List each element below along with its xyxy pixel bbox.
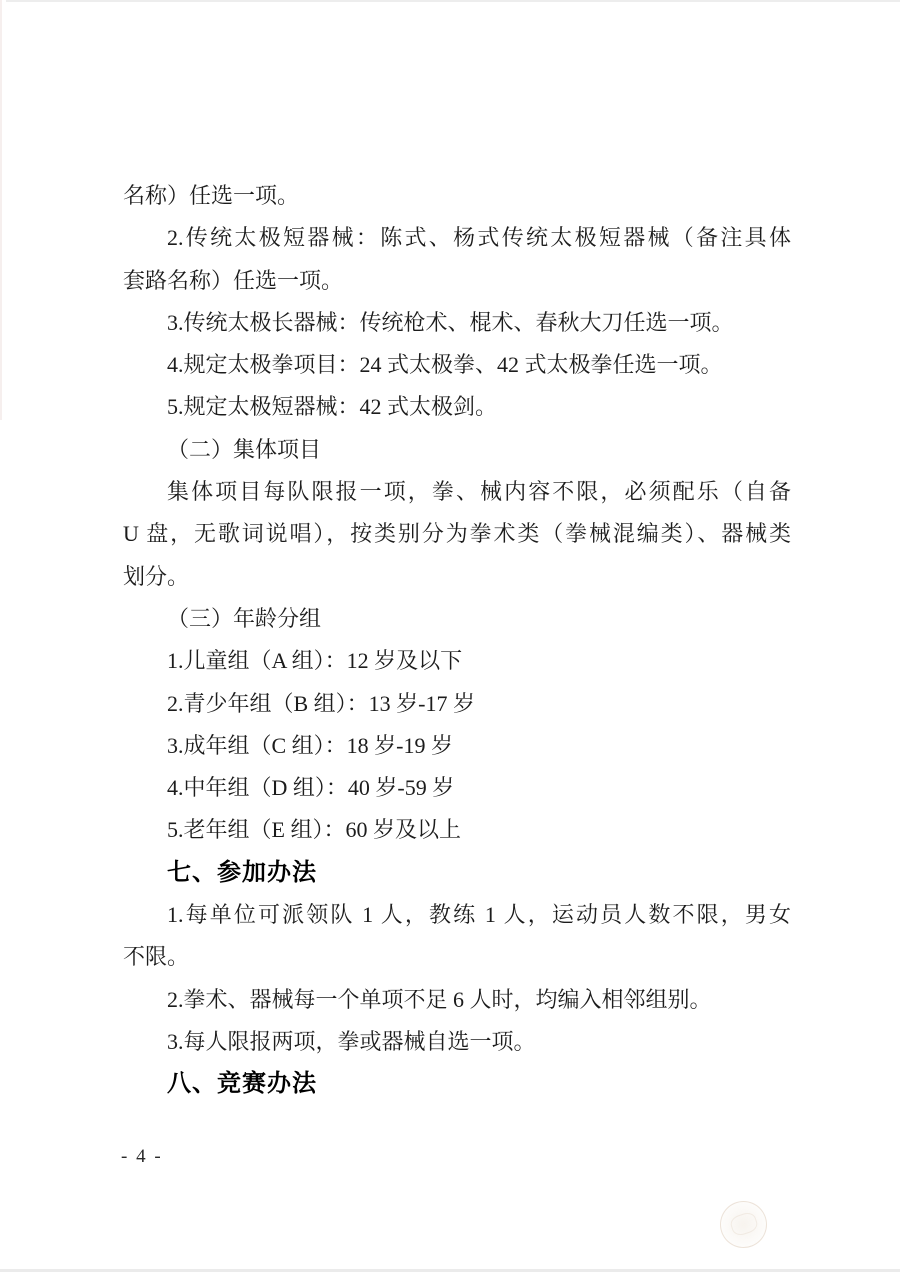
text-line: 名称）任选一项。 <box>123 175 791 217</box>
text-line: 1.每单位可派领队 1 人，教练 1 人，运动员人数不限，男女 <box>123 894 791 936</box>
text-line: 2.拳术、器械每一个单项不足 6 人时，均编入相邻组别。 <box>123 979 791 1021</box>
text-line: 2.传统太极短器械：陈式、杨式传统太极短器械（备注具体 <box>123 217 791 259</box>
page-number: - 4 - <box>121 1146 163 1168</box>
text-line: 集体项目每队限报一项，拳、械内容不限，必须配乐（自备 <box>123 471 791 513</box>
text-line: 4.规定太极拳项目：24 式太极拳、42 式太极拳任选一项。 <box>123 344 791 386</box>
list-item: 5.老年组（E 组）：60 岁及以上 <box>123 809 791 851</box>
section-heading: 七、参加办法 <box>123 852 791 894</box>
list-item: 4.中年组（D 组）：40 岁-59 岁 <box>123 767 791 809</box>
section-heading: 八、竞赛办法 <box>123 1063 791 1105</box>
subsection-title: （二）集体项目 <box>123 429 791 471</box>
text-line: 套路名称）任选一项。 <box>123 260 791 302</box>
text-line: 3.每人限报两项，拳或器械自选一项。 <box>123 1021 791 1063</box>
scan-edge-left <box>0 0 2 420</box>
list-item: 3.成年组（C 组）：18 岁-19 岁 <box>123 725 791 767</box>
text-line: 5.规定太极短器械：42 式太极剑。 <box>123 386 791 428</box>
scanned-document-page: 名称）任选一项。 2.传统太极短器械：陈式、杨式传统太极短器械（备注具体 套路名… <box>0 0 900 1272</box>
text-line: U 盘，无歌词说唱），按类别分为拳术类（拳械混编类）、器械类 <box>123 513 791 555</box>
stamp-watermark <box>720 1201 767 1248</box>
text-line: 划分。 <box>123 556 791 598</box>
text-line: 不限。 <box>123 936 791 978</box>
subsection-title: （三）年龄分组 <box>123 598 791 640</box>
text-line: 3.传统太极长器械：传统枪术、棍术、春秋大刀任选一项。 <box>123 302 791 344</box>
scan-edge-top <box>6 0 900 2</box>
document-body: 名称）任选一项。 2.传统太极短器械：陈式、杨式传统太极短器械（备注具体 套路名… <box>123 175 791 1106</box>
list-item: 1.儿童组（A 组）：12 岁及以下 <box>123 640 791 682</box>
list-item: 2.青少年组（B 组）：13 岁-17 岁 <box>123 683 791 725</box>
stamp-watermark-inner <box>729 1210 760 1237</box>
